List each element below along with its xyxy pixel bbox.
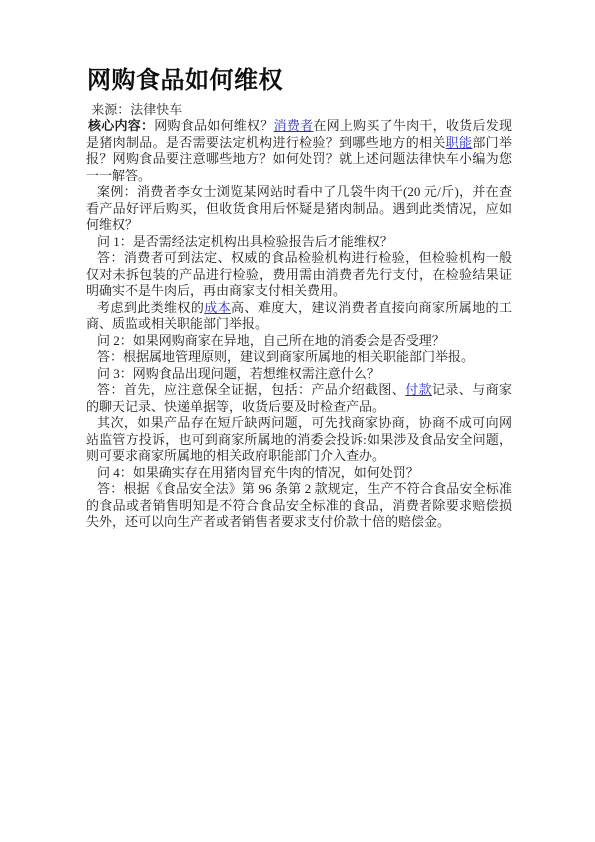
text-run: 答：根据《食品安全法》第 96 条第 2 款规定，生产不符合食品安全标准的食品或… [86, 481, 512, 529]
paragraph-question-3: 问 3：网购食品出现问题，若想维权需注意什么？ [86, 366, 512, 383]
text-run: 考虑到此类维权的 [97, 300, 204, 315]
source-line: 来源：法律快车 [86, 101, 512, 118]
paragraph-answer-3: 答：首先，应注意保全证据，包括：产品介绍截图、付款记录、与商家的聊天记录、快递单… [86, 382, 512, 415]
link-zhineng[interactable]: 职能 [446, 135, 473, 150]
text-run: 案例：消费者李女士浏览某网站时看中了几袋牛肉干(20 元/斤)，并在查看产品好评… [86, 184, 512, 232]
paragraph-question-1: 问 1：是否需经法定机构出具检验报告后才能维权？ [86, 234, 512, 251]
document-body: 核心内容：网购食品如何维权？消费者在网上购买了牛肉干，收货后发现是猪肉制品。是否… [86, 118, 512, 531]
text-run: 问 4：如果确实存在用猪肉冒充牛肉的情况，如何处罚？ [97, 465, 419, 480]
text-run: 其次，如果产品存在短斤缺两问题，可先找商家协商，协商不成可向网站监管方投诉，也可… [86, 415, 512, 463]
paragraph-consideration: 考虑到此类维权的成本高、难度大，建议消费者直接向商家所属地的工商、质监或相关职能… [86, 300, 512, 333]
document-content: 网购食品如何维权 来源：法律快车 核心内容：网购食品如何维权？消费者在网上购买了… [86, 66, 512, 531]
page-title: 网购食品如何维权 [87, 66, 512, 96]
paragraph-answer-1: 答：消费者可到法定、权威的食品检验机构进行检验，但检验机构一般仅对未拆包装的产品… [86, 250, 512, 300]
paragraph-secondly: 其次，如果产品存在短斤缺两问题，可先找商家协商，协商不成可向网站监管方投诉，也可… [86, 415, 512, 465]
link-chengben[interactable]: 成本 [204, 300, 231, 315]
link-fukuan[interactable]: 付款 [405, 382, 432, 397]
paragraph-answer-4: 答：根据《食品安全法》第 96 条第 2 款规定，生产不符合食品安全标准的食品或… [86, 481, 512, 531]
document-page: 网购食品如何维权 来源：法律快车 核心内容：网购食品如何维权？消费者在网上购买了… [0, 0, 595, 842]
text-run: 答：消费者可到法定、权威的食品检验机构进行检验，但检验机构一般仅对未拆包装的产品… [86, 250, 512, 298]
text-run: 问 2：如果网购商家在异地，自己所在地的消委会是否受理？ [97, 333, 445, 348]
text-run: 问 1：是否需经法定机构出具检验报告后才能维权？ [97, 234, 393, 249]
text-run: 答：根据属地管理原则，建议到商家所属地的相关职能部门举报。 [97, 349, 474, 364]
paragraph-question-2: 问 2：如果网购商家在异地，自己所在地的消委会是否受理？ [86, 333, 512, 350]
text-run: 问 3：网购食品出现问题，若想维权需注意什么？ [97, 366, 380, 381]
text-run: 核心内容： [88, 118, 154, 133]
text-run: 答：首先，应注意保全证据，包括：产品介绍截图、 [97, 382, 405, 397]
paragraph-answer-2: 答：根据属地管理原则，建议到商家所属地的相关职能部门举报。 [86, 349, 512, 366]
link-consumer[interactable]: 消费者 [274, 118, 314, 133]
paragraph-question-4: 问 4：如果确实存在用猪肉冒充牛肉的情况，如何处罚？ [86, 465, 512, 482]
paragraph-case: 案例：消费者李女士浏览某网站时看中了几袋牛肉干(20 元/斤)，并在查看产品好评… [86, 184, 512, 234]
text-run: 网购食品如何维权？ [154, 118, 273, 133]
paragraph-core-content: 核心内容：网购食品如何维权？消费者在网上购买了牛肉干，收货后发现是猪肉制品。是否… [86, 118, 512, 184]
